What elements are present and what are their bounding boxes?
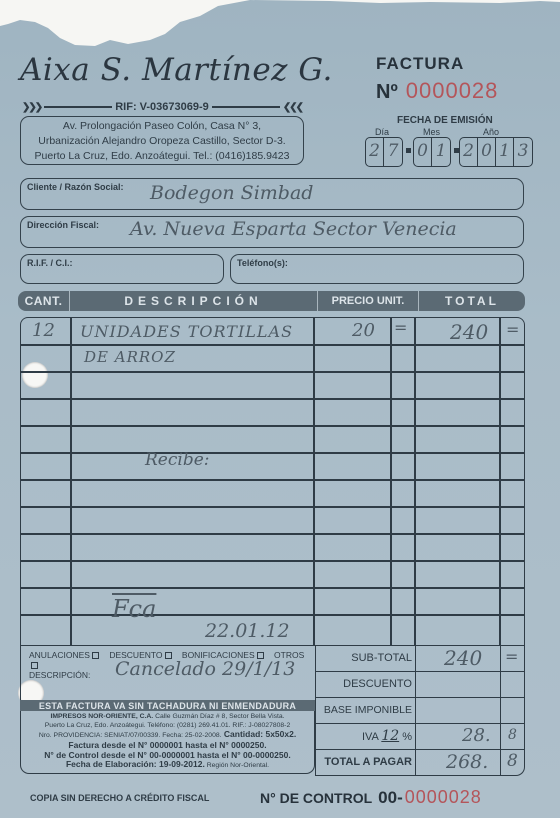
row1-total: 240 [450, 320, 488, 344]
no-erasure-banner: ESTA FACTURA VA SIN TACHADURA NI ENMENDA… [20, 700, 315, 711]
header-total: TOTAL [419, 291, 525, 311]
copy-notice: COPIA SIN DERECHO A CRÉDITO FISCAL [30, 793, 209, 803]
header-description: DESCRIPCIÓN [70, 291, 318, 311]
taxable-base-row: BASE IMPONIBLE [316, 697, 524, 723]
invoice-page: Aixa S. Martínez G. ❯❯❯ RIF: V-03673069-… [0, 0, 560, 818]
total-row: TOTAL A PAGAR 268. 8 [316, 749, 524, 775]
row1-unit-price: 20 [352, 320, 375, 341]
discount-row: DESCUENTO [316, 671, 524, 697]
row1-unit-cents: = [394, 318, 407, 337]
control-number: N° DE CONTROL 00- 0000028 [260, 787, 482, 808]
torn-paper-edge [0, 0, 560, 60]
year-label: Año [483, 127, 499, 137]
subtotal-row: SUB-TOTAL 240 = [316, 645, 524, 671]
total-value: 268. [446, 751, 488, 773]
chevron-right-icon: ❯❯❯ [22, 102, 41, 113]
issuer-rif: RIF: V-03673069-9 [115, 101, 209, 113]
header-qty: CANT. [18, 291, 70, 311]
date-month-field[interactable]: 0 1 [413, 137, 451, 167]
date-year-field[interactable]: 2 0 1 3 [459, 137, 533, 167]
issuer-name: Aixa S. Martínez G. [20, 52, 310, 88]
row2-description: DE ARROZ [84, 348, 176, 366]
fiscal-address-value: Av. Nueva Esparta Sector Venecia [130, 218, 457, 240]
issuer-address: Av. Prolongación Paseo Colón, Casa N° 3,… [20, 116, 304, 165]
phone-field[interactable]: Teléfono(s): [230, 254, 524, 284]
iva-value: 28. [462, 725, 491, 746]
totals-section: SUB-TOTAL 240 = DESCUENTO BASE IMPONIBLE… [315, 645, 525, 776]
received-annotation: Recibe: [145, 450, 210, 470]
invoice-title: FACTURA [376, 54, 464, 74]
signature: Fca [112, 595, 156, 623]
control-number-value: 0000028 [405, 787, 482, 808]
row1-description: UNIDADES TORTILLAS [80, 322, 293, 341]
month-label: Mes [423, 127, 440, 137]
row1-qty: 12 [32, 320, 55, 341]
row1-total-cents: = [506, 320, 519, 339]
client-name-value: Bodegon Simbad [150, 182, 313, 204]
date-day-field[interactable]: 2 7 [365, 137, 403, 167]
otros-checkbox[interactable] [31, 662, 38, 669]
header-unit-price: PRECIO UNIT. [318, 291, 419, 311]
anulaciones-checkbox[interactable] [92, 652, 99, 659]
subtotal-value: 240 [444, 646, 482, 670]
invoice-number: Nº 0000028 [376, 78, 498, 104]
chevron-left-icon: ❮❮❮ [283, 102, 302, 113]
invoice-number-value: 0000028 [406, 78, 499, 104]
iva-rate: 12 [381, 728, 399, 744]
issuer-rif-line: ❯❯❯ RIF: V-03673069-9 ❮❮❮ [22, 100, 302, 114]
adjustments-description-value: Cancelado 29/1/13 [115, 658, 295, 680]
day-label: Día [375, 127, 389, 137]
items-table [20, 317, 525, 645]
signature-date: 22.01.12 [205, 620, 290, 642]
rif-ci-field[interactable]: R.I.F. / C.I.: [20, 254, 224, 284]
iva-row: IVA 12 % 28. 8 [316, 723, 524, 749]
items-table-header: CANT. DESCRIPCIÓN PRECIO UNIT. TOTAL [18, 291, 525, 311]
issue-date-title: FECHA DE EMISIÓN [397, 115, 493, 126]
printer-info: IMPRESOS NOR-ORIENTE, C.A. Calle Guzmán … [20, 711, 315, 774]
